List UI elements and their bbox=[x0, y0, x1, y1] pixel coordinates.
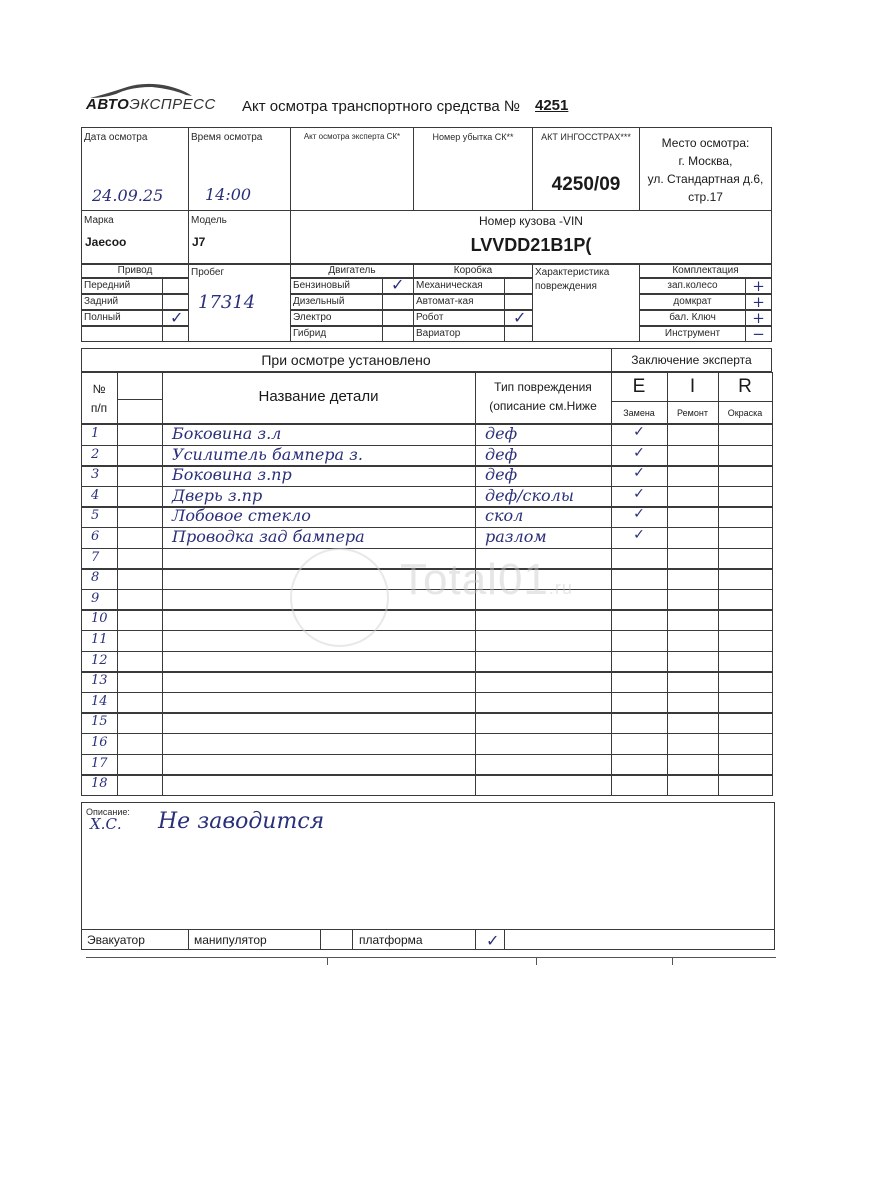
page-title: Акт осмотра транспортного средства № bbox=[242, 98, 520, 115]
engine-option-label: Гибрид bbox=[293, 328, 326, 339]
row-repair-cell[interactable] bbox=[667, 568, 719, 590]
drive-checkbox[interactable] bbox=[162, 278, 189, 294]
row-repair-cell[interactable] bbox=[667, 527, 719, 549]
manipulator-cell: манипулятор bbox=[188, 929, 321, 950]
row-num: 4 bbox=[91, 488, 99, 503]
row-paint-cell[interactable] bbox=[718, 754, 773, 776]
bottom-tick bbox=[536, 957, 537, 965]
row-damage-cell[interactable] bbox=[475, 630, 612, 652]
drive-option-label: Полный bbox=[84, 312, 121, 323]
row-repair-cell[interactable] bbox=[667, 630, 719, 652]
row-part-cell[interactable] bbox=[162, 671, 476, 693]
time-value[interactable]: 14:00 bbox=[205, 185, 251, 204]
col-damage-label: Тип повреждения bbox=[475, 380, 611, 394]
equipment-item-label: бал. Ключ bbox=[639, 312, 746, 323]
place-label: Место осмотра: bbox=[640, 136, 771, 150]
col-r-sub-label: Окраска bbox=[718, 408, 772, 418]
loss-number-label: Номер убытка СК** bbox=[414, 132, 532, 142]
equipment-item-label: Инструмент bbox=[639, 328, 746, 339]
col-part-label: Название детали bbox=[162, 388, 475, 405]
mileage-label: Пробег bbox=[191, 267, 224, 278]
drive-option-label: Задний bbox=[84, 296, 118, 307]
manipulator-checkbox[interactable] bbox=[320, 929, 353, 950]
mileage-value[interactable]: 17314 bbox=[198, 292, 255, 313]
row-sub-cell[interactable] bbox=[117, 568, 163, 590]
row-num-cell bbox=[81, 506, 118, 528]
row-damage-cell[interactable] bbox=[475, 671, 612, 693]
date-value[interactable]: 24.09.25 bbox=[92, 186, 163, 205]
row-repair-cell[interactable] bbox=[667, 774, 719, 796]
row-sub-cell[interactable] bbox=[117, 486, 163, 508]
row-sub-cell[interactable] bbox=[117, 548, 163, 570]
row-num-cell bbox=[81, 486, 118, 508]
col-sub-header bbox=[117, 399, 163, 424]
row-damage: деф bbox=[485, 465, 517, 484]
row-replace-cell[interactable] bbox=[611, 733, 668, 755]
row-damage-cell[interactable] bbox=[475, 733, 612, 755]
drive-checkbox[interactable] bbox=[162, 326, 189, 342]
place-line2: ул. Стандартная д.6, bbox=[640, 172, 771, 186]
row-num: 3 bbox=[91, 467, 99, 482]
row-part: Боковина з.пр bbox=[172, 465, 292, 484]
gearbox-checkbox[interactable] bbox=[504, 278, 533, 294]
row-replace-check: ✓ bbox=[611, 445, 667, 461]
brand-cell: Марка Jaecoo bbox=[81, 210, 189, 264]
row-replace-cell[interactable] bbox=[611, 589, 668, 611]
logo-light: ЭКСПРЕСС bbox=[129, 96, 215, 113]
drive-option-label: Передний bbox=[84, 280, 130, 291]
gearbox-checkbox[interactable]: ✓ bbox=[504, 310, 533, 326]
engine-checkbox[interactable]: ✓ bbox=[382, 278, 414, 294]
col-r-label: R bbox=[718, 376, 772, 398]
row-paint-cell[interactable] bbox=[718, 445, 773, 467]
row-damage-cell[interactable] bbox=[475, 609, 612, 631]
row-sub-cell[interactable] bbox=[117, 506, 163, 528]
col-i-label: I bbox=[667, 376, 718, 398]
row-part-cell[interactable] bbox=[162, 754, 476, 776]
model-value: J7 bbox=[192, 235, 205, 249]
row-damage: деф bbox=[485, 424, 517, 443]
row-part-cell[interactable] bbox=[162, 774, 476, 796]
bottom-tick bbox=[327, 957, 328, 965]
row-repair-cell[interactable] bbox=[667, 506, 719, 528]
row-sub-cell[interactable] bbox=[117, 589, 163, 611]
row-replace-check: ✓ bbox=[611, 527, 667, 543]
row-replace-cell[interactable] bbox=[611, 712, 668, 734]
check-icon: ✓ bbox=[513, 308, 526, 327]
evacuator-cell: Эвакуатор bbox=[81, 929, 189, 950]
row-replace-cell[interactable] bbox=[611, 774, 668, 796]
equipment-item-label: зап.колесо bbox=[639, 280, 746, 291]
description-box: Описание: Х.С. Не заводится bbox=[81, 802, 775, 930]
row-damage: деф/сколы bbox=[485, 486, 574, 505]
description-text[interactable]: Не заводится bbox=[158, 809, 324, 834]
row-sub-cell[interactable] bbox=[117, 692, 163, 714]
logo: АВТОЭКСПРЕСС bbox=[86, 80, 196, 122]
row-num: 5 bbox=[91, 508, 99, 523]
damage-char-label: Характеристика повреждения bbox=[535, 266, 635, 294]
brand-label: Марка bbox=[84, 215, 114, 226]
row-part-cell[interactable] bbox=[162, 651, 476, 673]
row-num: 10 bbox=[91, 611, 108, 626]
logo-bold: АВТО bbox=[86, 96, 129, 113]
row-num-cell bbox=[81, 465, 118, 487]
row-repair-cell[interactable] bbox=[667, 609, 719, 631]
row-paint-cell[interactable] bbox=[718, 548, 773, 570]
vin-label: Номер кузова -VIN bbox=[291, 214, 771, 228]
col-num-header bbox=[81, 372, 118, 424]
row-num: 17 bbox=[91, 756, 108, 771]
row-part: Боковина з.л bbox=[172, 424, 281, 443]
platform-check: ✓ bbox=[486, 931, 499, 950]
expert-title: Заключение эксперта bbox=[611, 353, 772, 367]
row-num-cell bbox=[81, 424, 118, 446]
col-i-sub-label: Ремонт bbox=[667, 408, 718, 418]
drive-checkbox[interactable]: ✓ bbox=[162, 310, 189, 326]
col-damage-label2: (описание см.Ниже bbox=[475, 399, 611, 413]
row-replace-cell[interactable] bbox=[611, 651, 668, 673]
col-e-sub-label: Замена bbox=[611, 408, 667, 418]
gearbox-option-label: Робот bbox=[416, 312, 443, 323]
row-paint-cell[interactable] bbox=[718, 651, 773, 673]
row-sub-cell[interactable] bbox=[117, 424, 163, 446]
ingos-act-value: 4250/09 bbox=[533, 174, 639, 196]
row-num: 13 bbox=[91, 673, 108, 688]
col-e-label: E bbox=[611, 376, 667, 398]
row-paint-cell[interactable] bbox=[718, 733, 773, 755]
description-prefix: Х.С. bbox=[90, 815, 122, 833]
gearbox-option-label: Механическая bbox=[416, 280, 483, 291]
row-num-cell bbox=[81, 548, 118, 570]
row-replace-cell[interactable] bbox=[611, 568, 668, 590]
row-replace-cell[interactable] bbox=[611, 630, 668, 652]
row-damage-cell[interactable] bbox=[475, 692, 612, 714]
row-replace-cell[interactable] bbox=[611, 609, 668, 631]
row-paint-cell[interactable] bbox=[718, 692, 773, 714]
row-paint-cell[interactable] bbox=[718, 589, 773, 611]
date-cell: Дата осмотра 24.09.25 bbox=[81, 127, 189, 211]
row-sub-cell[interactable] bbox=[117, 733, 163, 755]
equipment-label: Комплектация bbox=[639, 265, 772, 276]
row-sub-cell[interactable] bbox=[117, 445, 163, 467]
row-repair-cell[interactable] bbox=[667, 733, 719, 755]
row-part: Усилитель бампера з. bbox=[172, 445, 363, 464]
row-replace-check: ✓ bbox=[611, 506, 667, 522]
evacuator-blank bbox=[504, 929, 775, 950]
place-line1: г. Москва, bbox=[640, 154, 771, 168]
drive-label: Привод bbox=[81, 265, 189, 276]
model-cell: Модель J7 bbox=[188, 210, 291, 264]
row-paint-cell[interactable] bbox=[718, 486, 773, 508]
engine-option-label: Бензиновый bbox=[293, 280, 350, 291]
manipulator-label: манипулятор bbox=[194, 933, 267, 947]
row-part-cell[interactable] bbox=[162, 692, 476, 714]
row-repair-cell[interactable] bbox=[667, 445, 719, 467]
ingos-act-cell: АКТ ИНГОССТРАХ*** 4250/09 bbox=[532, 127, 640, 211]
row-repair-cell[interactable] bbox=[667, 671, 719, 693]
row-replace-cell[interactable] bbox=[611, 548, 668, 570]
row-paint-cell[interactable] bbox=[718, 671, 773, 693]
row-sub-cell[interactable] bbox=[117, 754, 163, 776]
expert-act-label: Акт осмотра эксперта СК* bbox=[291, 132, 413, 141]
row-replace-cell[interactable] bbox=[611, 754, 668, 776]
ingos-act-label: АКТ ИНГОССТРАХ*** bbox=[533, 132, 639, 142]
loss-number-cell: Номер убытка СК** bbox=[413, 127, 533, 211]
row-num: 15 bbox=[91, 714, 108, 729]
row-replace-cell[interactable] bbox=[611, 692, 668, 714]
row-sub-cell[interactable] bbox=[117, 609, 163, 631]
row-part: Лобовое стекло bbox=[172, 506, 311, 525]
engine-option-label: Дизельный bbox=[293, 296, 344, 307]
vin-value: LVVDD21B1P( bbox=[291, 235, 771, 256]
place-cell: Место осмотра: г. Москва, ул. Стандартна… bbox=[639, 127, 772, 211]
row-paint-cell[interactable] bbox=[718, 568, 773, 590]
col-num-label2: п/п bbox=[81, 401, 117, 415]
row-part-cell[interactable] bbox=[162, 733, 476, 755]
model-label: Модель bbox=[191, 215, 227, 226]
watermark-text: Total01 bbox=[400, 555, 549, 604]
evacuator-label: Эвакуатор bbox=[87, 933, 145, 947]
engine-checkbox[interactable] bbox=[382, 294, 414, 310]
row-num-cell bbox=[81, 589, 118, 611]
row-repair-cell[interactable] bbox=[667, 692, 719, 714]
time-cell: Время осмотра 14:00 bbox=[188, 127, 291, 211]
row-sub-cell[interactable] bbox=[117, 465, 163, 487]
row-paint-cell[interactable] bbox=[718, 527, 773, 549]
engine-checkbox[interactable] bbox=[382, 310, 414, 326]
row-num-cell bbox=[81, 445, 118, 467]
row-num: 7 bbox=[91, 550, 99, 565]
row-num: 8 bbox=[91, 570, 99, 585]
row-num: 1 bbox=[91, 426, 99, 441]
gearbox-checkbox[interactable] bbox=[504, 326, 533, 342]
check-icon: ✓ bbox=[170, 308, 183, 327]
row-damage: скол bbox=[485, 506, 523, 525]
row-part: Дверь з.пр bbox=[172, 486, 262, 505]
row-sub-cell[interactable] bbox=[117, 630, 163, 652]
engine-checkbox[interactable] bbox=[382, 326, 414, 342]
row-part-cell[interactable] bbox=[162, 712, 476, 734]
watermark-suffix: .ru bbox=[549, 578, 573, 598]
row-damage: деф bbox=[485, 445, 517, 464]
row-part: Проводка зад бампера bbox=[172, 527, 365, 546]
expert-act-cell: Акт осмотра эксперта СК* bbox=[290, 127, 414, 211]
row-sub-cell[interactable] bbox=[117, 712, 163, 734]
platform-cell: платформа bbox=[352, 929, 476, 950]
row-num: 11 bbox=[91, 632, 108, 647]
row-sub-cell[interactable] bbox=[117, 671, 163, 693]
row-repair-cell[interactable] bbox=[667, 651, 719, 673]
row-repair-cell[interactable] bbox=[667, 424, 719, 446]
row-paint-cell[interactable] bbox=[718, 630, 773, 652]
engine-option-label: Электро bbox=[293, 312, 331, 323]
act-number: 4251 bbox=[535, 97, 568, 114]
brand-value: Jaecoo bbox=[85, 235, 126, 249]
watermark: Total01.ru bbox=[290, 555, 573, 605]
row-sub-cell[interactable] bbox=[117, 527, 163, 549]
row-replace-check: ✓ bbox=[611, 424, 667, 440]
row-num: 6 bbox=[91, 529, 99, 544]
row-repair-cell[interactable] bbox=[667, 548, 719, 570]
row-damage: разлом bbox=[485, 527, 547, 546]
row-paint-cell[interactable] bbox=[718, 424, 773, 446]
time-label: Время осмотра bbox=[191, 132, 262, 143]
row-damage-cell[interactable] bbox=[475, 651, 612, 673]
row-replace-check: ✓ bbox=[611, 486, 667, 502]
row-num: 2 bbox=[91, 447, 99, 462]
platform-checkbox[interactable]: ✓ bbox=[475, 929, 505, 950]
row-damage-cell[interactable] bbox=[475, 774, 612, 796]
row-repair-cell[interactable] bbox=[667, 465, 719, 487]
row-damage-cell[interactable] bbox=[475, 754, 612, 776]
equipment-mark: − bbox=[745, 325, 772, 343]
row-sub-cell[interactable] bbox=[117, 774, 163, 796]
check-icon: ✓ bbox=[391, 275, 404, 294]
row-paint-cell[interactable] bbox=[718, 609, 773, 631]
vin-cell: Номер кузова -VIN LVVDD21B1P( bbox=[290, 210, 772, 264]
row-repair-cell[interactable] bbox=[667, 712, 719, 734]
row-damage-cell[interactable] bbox=[475, 712, 612, 734]
row-num: 14 bbox=[91, 694, 108, 709]
row-paint-cell[interactable] bbox=[718, 465, 773, 487]
row-num: 18 bbox=[91, 776, 108, 791]
col-num-label: № bbox=[81, 382, 117, 396]
place-line3: стр.17 bbox=[640, 190, 771, 204]
row-paint-cell[interactable] bbox=[718, 774, 773, 796]
gearbox-option-label: Вариатор bbox=[416, 328, 460, 339]
row-replace-check: ✓ bbox=[611, 465, 667, 481]
gearbox-label: Коробка bbox=[413, 265, 533, 276]
platform-label: платформа bbox=[359, 933, 423, 947]
section-title: При осмотре установлено bbox=[81, 352, 611, 368]
row-num: 16 bbox=[91, 735, 108, 750]
row-num: 9 bbox=[91, 591, 99, 606]
row-num-cell bbox=[81, 568, 118, 590]
col-sub-header bbox=[117, 372, 163, 400]
gearbox-option-label: Автомат-кая bbox=[416, 296, 474, 307]
row-num-cell bbox=[81, 527, 118, 549]
row-repair-cell[interactable] bbox=[667, 486, 719, 508]
row-paint-cell[interactable] bbox=[718, 712, 773, 734]
drive-option bbox=[81, 326, 163, 342]
row-repair-cell[interactable] bbox=[667, 754, 719, 776]
row-sub-cell[interactable] bbox=[117, 651, 163, 673]
row-repair-cell[interactable] bbox=[667, 589, 719, 611]
bottom-tick bbox=[672, 957, 673, 965]
row-replace-cell[interactable] bbox=[611, 671, 668, 693]
date-label: Дата осмотра bbox=[84, 132, 147, 143]
equipment-item-label: домкрат bbox=[639, 296, 746, 307]
row-paint-cell[interactable] bbox=[718, 506, 773, 528]
row-num: 12 bbox=[91, 653, 108, 668]
